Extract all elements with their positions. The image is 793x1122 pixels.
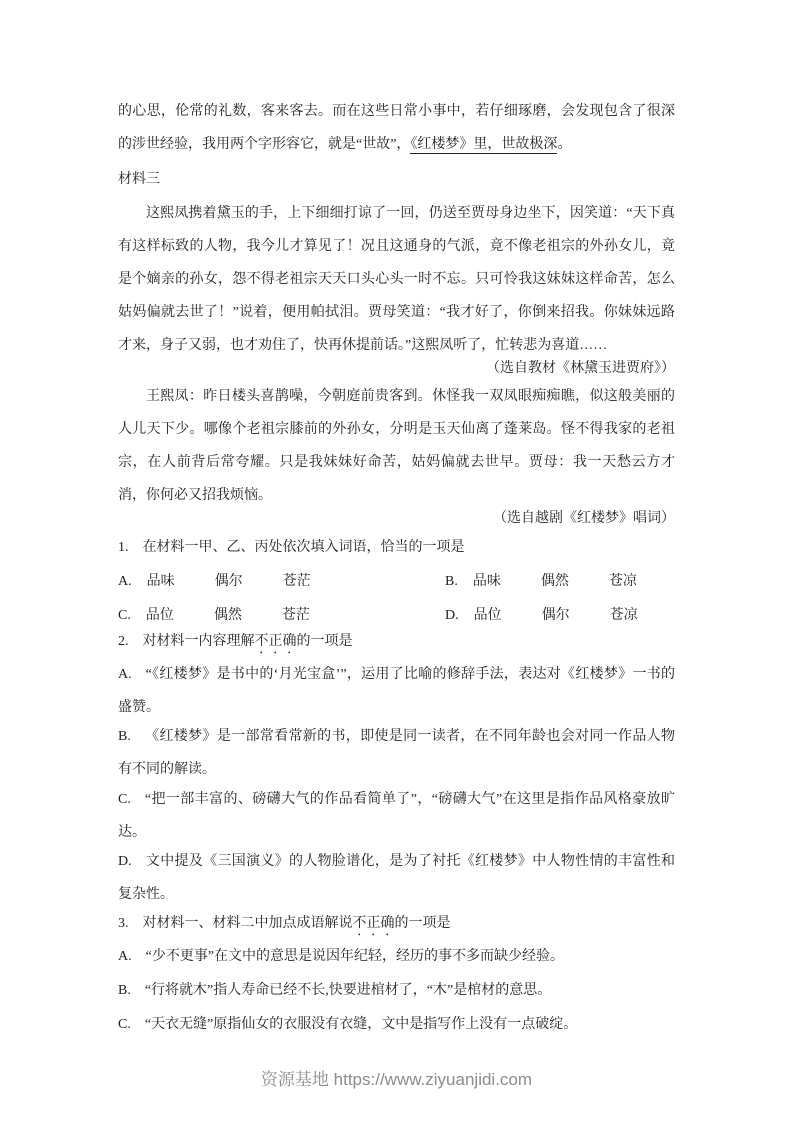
option-label: B. — [118, 729, 131, 744]
question-2-text-pre: 对材料一内容理解 — [143, 634, 255, 649]
option-word: 偶尔 — [215, 574, 243, 589]
option-label: B. — [118, 983, 131, 998]
option-text: “少不更事”在文中的意思是说因年纪轻，经历的事不多而缺少经验。 — [146, 949, 564, 964]
q1-option-a: A.品味偶尔苍茫 — [118, 565, 311, 598]
option-label: C. — [118, 608, 131, 623]
question-3-number: 3. — [118, 916, 129, 931]
option-word: 苍茫 — [283, 574, 311, 589]
option-label: C. — [118, 1017, 131, 1032]
option-text: “把一部丰富的、磅礴大气的作品看简单了”，“磅礴大气”在这里是指作品风格豪放旷达… — [118, 792, 675, 840]
q2-option-a: A.“《红楼梦》是书中的‘月光宝盒’”，运用了比喻的修辞手法，表达对《红楼梦》一… — [118, 658, 675, 724]
option-word: 苍凉 — [610, 608, 638, 623]
q3-option-a: A.“少不更事”在文中的意思是说因年纪轻，经历的事不多而缺少经验。 — [118, 940, 675, 973]
option-label: A. — [118, 667, 132, 682]
option-label: C. — [118, 792, 131, 807]
watermark-footer: 资源基地 https://www.ziyuanjidi.com — [0, 1066, 793, 1094]
option-label: A. — [118, 574, 132, 589]
question-1-stem: 1.在材料一甲、乙、丙处依次填入词语，恰当的一项是 — [118, 531, 675, 564]
material2-closing-period: 。 — [557, 137, 571, 152]
watermark-text: 资源基地 https://www.ziyuanjidi.com — [261, 1070, 532, 1089]
q3-option-c: C.“天衣无缝”原指仙女的衣服没有衣缝，文中是指写作上没有一点破绽。 — [118, 1008, 675, 1041]
option-text: 文中提及《三国演义》的人物脸谱化，是为了衬托《红楼梦》中人物性情的丰富性和复杂性… — [118, 854, 675, 902]
question-1-number: 1. — [118, 540, 129, 555]
option-word: 苍凉 — [609, 574, 637, 589]
opera-lyrics-passage: 王熙凤：昨日楼头喜鹊噪，今朝庭前贵客到。休怪我一双凤眼痴痴瞧，似这般美丽的人儿天… — [118, 380, 675, 512]
question-2-stem: 2.对材料一内容理解不正确的一项是 — [118, 625, 675, 658]
material2-closing-paragraph: 的心思，伦常的礼数，客来客去。而在这些日常小事中，若仔细琢磨，会发现包含了很深的… — [118, 95, 675, 161]
option-word: 品味 — [147, 574, 175, 589]
option-label: B. — [445, 574, 458, 589]
question-1-text: 在材料一甲、乙、丙处依次填入词语，恰当的一项是 — [143, 540, 465, 555]
emphasis-dotted-text: 不正确 — [353, 916, 395, 931]
option-word: 品位 — [474, 608, 502, 623]
q2-option-d: D.文中提及《三国演义》的人物脸谱化，是为了衬托《红楼梦》中人物性情的丰富性和复… — [118, 845, 675, 911]
material3-passage: 这熙凤携着黛玉的手，上下细细打谅了一回，仍送至贾母身边坐下，因笑道：“天下真有这… — [118, 197, 675, 362]
option-word: 苍茫 — [282, 608, 310, 623]
question-3-stem: 3.对材料一、材料二中加点成语解说不正确的一项是 — [118, 907, 675, 940]
option-word: 偶然 — [541, 574, 569, 589]
option-word: 品味 — [473, 574, 501, 589]
option-text: “行将就木”指人寿命已经不长,快要进棺材了，“木”是棺材的意思。 — [145, 983, 551, 998]
question-3-text-post: 的一项是 — [395, 916, 451, 931]
underlined-phrase: 《红楼梦》里，世故极深 — [410, 137, 557, 154]
option-text: 《红楼梦》是一部常看常新的书，即使是同一读者，在不同年龄也会对同一作品人物有不同… — [118, 729, 675, 777]
material3-heading: 材料三 — [118, 163, 675, 196]
question-3-text-pre: 对材料一、材料二中加点成语解说 — [143, 916, 353, 931]
exam-page: 的心思，伦常的礼数，客来客去。而在这些日常小事中，若仔细琢磨，会发现包含了很深的… — [0, 0, 793, 1122]
material2-closing-text: 的心思，伦常的礼数，客来客去。而在这些日常小事中，若仔细琢磨，会发现包含了很深的… — [118, 104, 675, 152]
option-label: D. — [445, 608, 459, 623]
q2-option-c: C.“把一部丰富的、磅礴大气的作品看简单了”，“磅礴大气”在这里是指作品风格豪放… — [118, 783, 675, 849]
q3-option-b: B.“行将就木”指人寿命已经不长,快要进棺材了，“木”是棺材的意思。 — [118, 974, 675, 1007]
q1-options-row-1: A.品味偶尔苍茫 B.品味偶然苍凉 — [118, 565, 675, 598]
option-word: 偶尔 — [542, 608, 570, 623]
question-2-number: 2. — [118, 634, 129, 649]
option-label: D. — [118, 854, 132, 869]
q2-option-b: B.《红楼梦》是一部常看常新的书，即使是同一读者，在不同年龄也会对同一作品人物有… — [118, 720, 675, 786]
text-column: 的心思，伦常的礼数，客来客去。而在这些日常小事中，若仔细琢磨，会发现包含了很深的… — [118, 0, 675, 1122]
option-word: 品位 — [146, 608, 174, 623]
option-word: 偶然 — [214, 608, 242, 623]
option-label: A. — [118, 949, 132, 964]
q1-option-b: B.品味偶然苍凉 — [445, 565, 637, 598]
option-text: “天衣无缝”原指仙女的衣服没有衣缝，文中是指写作上没有一点破绽。 — [145, 1017, 577, 1032]
question-2-text-post: 的一项是 — [297, 634, 353, 649]
emphasis-dotted-text: 不正确 — [255, 634, 297, 649]
option-text: “《红楼梦》是书中的‘月光宝盒’”，运用了比喻的修辞手法，表达对《红楼梦》一书的… — [118, 667, 675, 715]
